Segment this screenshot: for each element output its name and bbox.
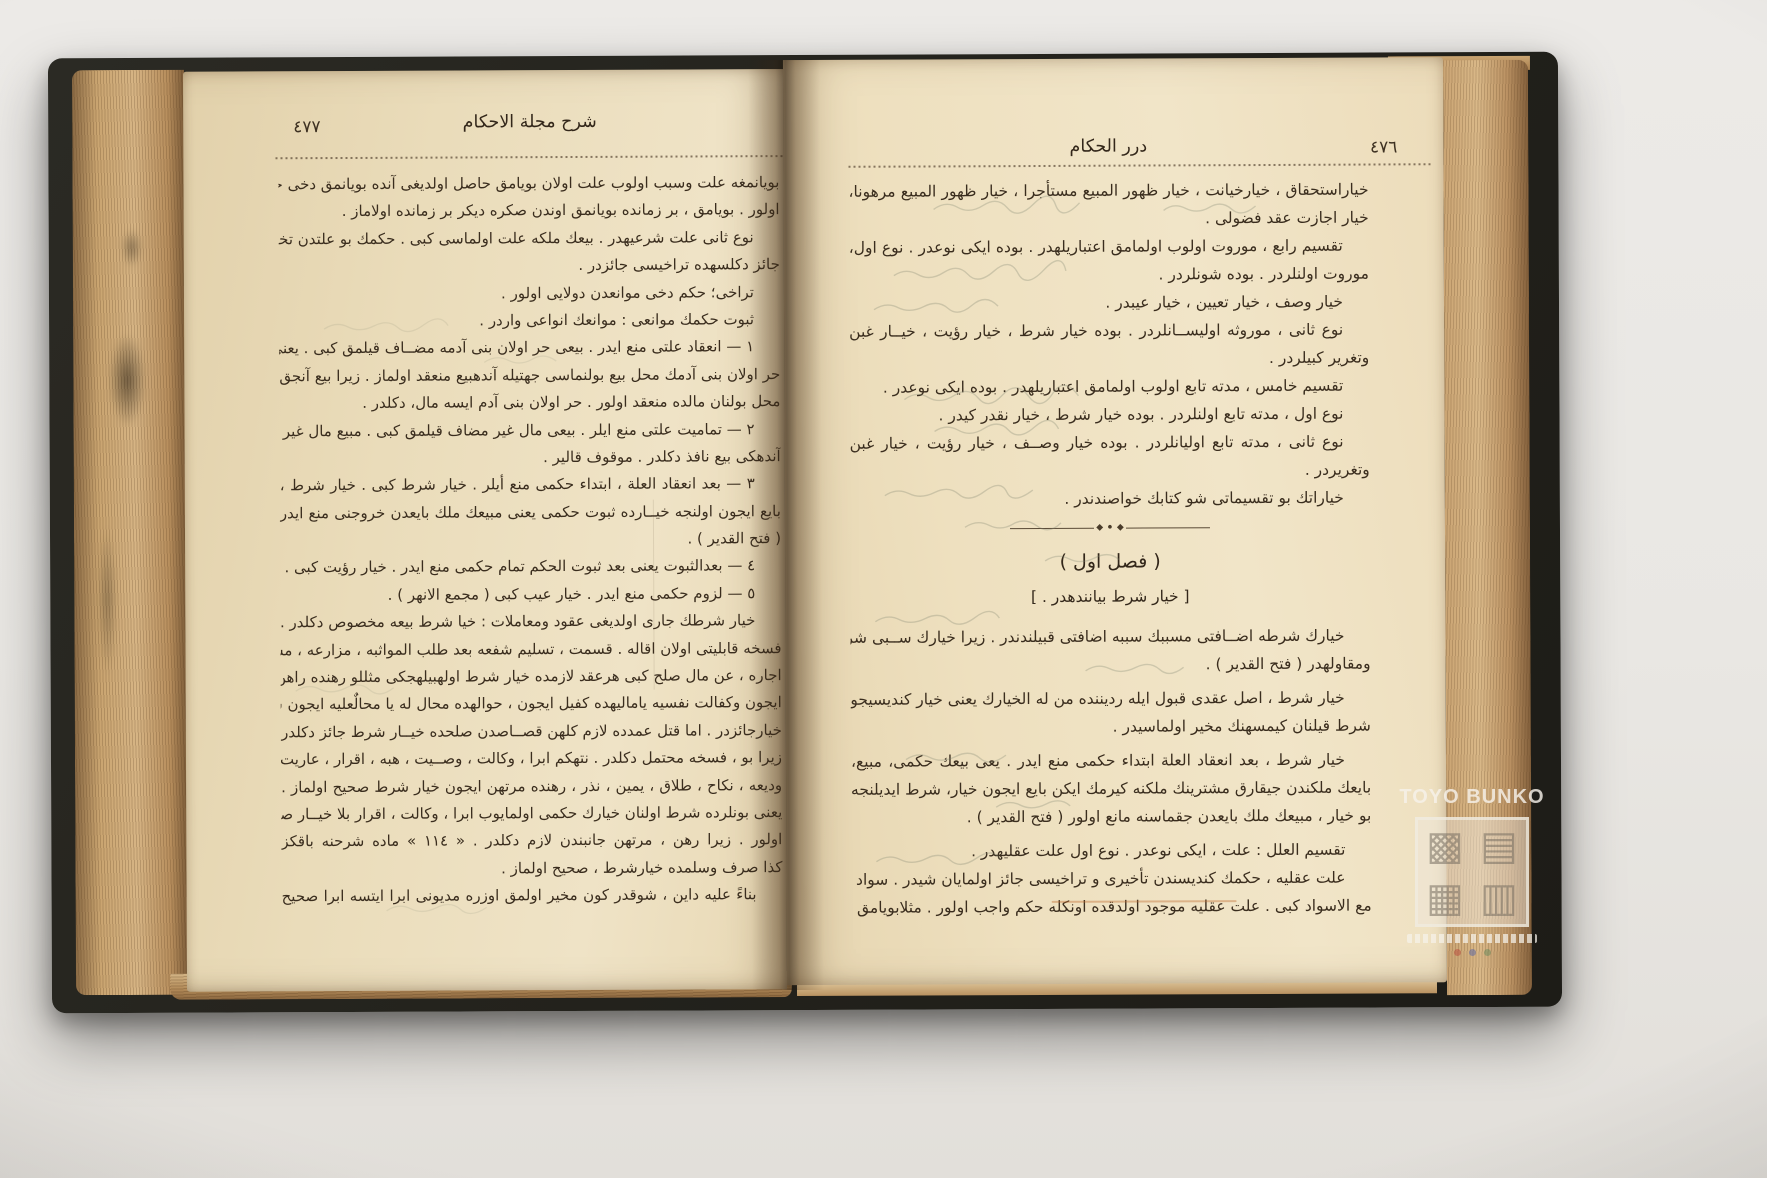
text-line: ومقاولهدر ( فتح القدير ) . bbox=[851, 650, 1371, 680]
section-subheading: [ خيار شرط بيانندهدر . ] bbox=[850, 580, 1370, 618]
right-page: ٤٧٦ درر الحكام خياراستحقاق ، خيارخيانت ،… bbox=[783, 57, 1447, 985]
edge-stain bbox=[117, 220, 147, 276]
right-page-text: خياراستحقاق ، خيارخيانت ، خيار ظهور المب… bbox=[848, 176, 1371, 922]
watermark-color-marks bbox=[1386, 949, 1558, 956]
text-line: ٣ — بعد انعقاد العلة ، ابتداء حكمى منع أ… bbox=[280, 470, 781, 500]
text-line: موروت اولنلردر . بوده شونلردر . bbox=[849, 260, 1369, 290]
text-line: نوع ثانى ، موروثه اوليســانلردر . بوده خ… bbox=[849, 316, 1369, 346]
text-line: خيار اجازت عقد فضولى . bbox=[849, 204, 1369, 234]
text-line: ٤ — بعدالثبوت يعنى بعد ثبوت الحكم تمام ح… bbox=[280, 553, 781, 583]
header-rule bbox=[848, 163, 1433, 168]
text-line: فسخه قابليتى اولان اقاله . قسمت ، تسليم … bbox=[280, 635, 781, 665]
text-line: بو خيار ، مبيعك ملك بايعدن جقماسنه مانع … bbox=[851, 802, 1371, 832]
text-line: خيار شرط ، اصل عقدى قبول ايله ردينندە من… bbox=[851, 684, 1371, 714]
text-line: خياراتك بو تقسيماتى شو كتابك خواصندندر . bbox=[850, 484, 1370, 514]
text-line: آندهكى بيع نافذ دكلدر . موقوف قالير . bbox=[280, 443, 781, 473]
open-book: ٤٧٧ شرح مجلة الاحكام بويانمغه علت وسبب ا… bbox=[48, 52, 1562, 1014]
toyo-bunko-seal-icon: ▩▤▦▥ bbox=[1415, 817, 1529, 927]
text-line: خيار شرط ، بعد انعقاد العلة ابتداء حكمى … bbox=[851, 746, 1371, 776]
right-page-header-title: درر الحكام bbox=[848, 136, 1368, 158]
text-line: مع الاسواد كبى . علت عقليه موجود اولدقده… bbox=[852, 892, 1372, 922]
text-line: تراخى؛ حكم دخى موانعدن دولايى اولور . bbox=[279, 279, 780, 309]
right-page-number: ٤٧٦ bbox=[1370, 137, 1397, 157]
text-line: خيارك شرطه اضــافتى مسببك سببه اضافتى قب… bbox=[850, 622, 1370, 652]
section-heading: ( فصل اول ) bbox=[850, 542, 1370, 582]
text-line: وتغرير كبيلردر . bbox=[849, 344, 1369, 374]
text-line: ( فتح القدير ) . bbox=[280, 525, 781, 555]
text-line: يعنى بونلرده شرط اولنان خيارك حكمى اولما… bbox=[281, 799, 782, 829]
left-page-header-title: شرح مجلة الاحكام bbox=[278, 111, 781, 133]
book-photo: ٤٧٧ شرح مجلة الاحكام بويانمغه علت وسبب ا… bbox=[0, 0, 1767, 1178]
text-line: تقسيم رابع ، موروت اولوب اولمامق اعتباري… bbox=[849, 232, 1369, 262]
edge-stain bbox=[94, 500, 121, 700]
text-line: وتغريردر . bbox=[850, 456, 1370, 486]
text-line: علت عقليه ، حكمك كنديسندن تأخيرى و تراخي… bbox=[851, 864, 1371, 894]
text-line: اولور . بويامق ، بر زمانده بويانمق اوندن… bbox=[279, 196, 780, 226]
left-page-text: بويانمغه علت وسبب اولوب علت اولان بويامق… bbox=[278, 169, 782, 911]
header-rule bbox=[275, 155, 783, 159]
text-line: خيار شرطك جارى اولديغى عقود ومعاملات : خ… bbox=[280, 607, 781, 637]
text-line: ثبوت حكمك موانعى : موانعك انواعى واردر . bbox=[279, 306, 780, 336]
text-line: زيرا بو ، فسخه محتمل دكلدر . نتهكم ابرا … bbox=[281, 744, 782, 774]
text-line: اجاره ، عن مال صلح كبى هرعقد لازمده خيار… bbox=[281, 662, 782, 692]
text-line: تقسيم العلل : علت ، ايكى نوعدر . نوع اول… bbox=[851, 836, 1371, 866]
text-line: حر اولان بنى آدمك محل بيع بولنماسى جهتيل… bbox=[279, 361, 780, 391]
text-line: ٢ — تماميت علتى منع ايلر . بيعى مال غير … bbox=[279, 416, 780, 446]
toyo-bunko-watermark: TOYO BUNKO ▩▤▦▥ bbox=[1386, 786, 1558, 956]
ornament-divider: ◆•◆ bbox=[850, 512, 1370, 544]
text-line: خياراستحقاق ، خيارخيانت ، خيار ظهور المب… bbox=[848, 176, 1368, 206]
text-line: بايعك ملكندن جيقارق مشترينك ملكنه كيرمك … bbox=[851, 774, 1371, 804]
page-edges-left bbox=[72, 70, 188, 995]
edge-stain bbox=[101, 315, 154, 445]
text-line: جائز دكلسهده تراخيسى جائزدر . bbox=[279, 251, 780, 281]
text-line: محل بولنان مالده منعقد اولور . حر اولان … bbox=[279, 388, 780, 418]
text-line: اولور . زيرا رهن ، مرتهن جانبندن لازم دك… bbox=[281, 826, 782, 856]
text-line: نوع ثانى علت شرعيهدر . بيعك ملكه علت اول… bbox=[279, 224, 780, 254]
text-line: شرط قيلنان كيمسهنك مخير اولماسيدر . bbox=[851, 712, 1371, 742]
text-line: بويانمغه علت وسبب اولوب علت اولان بويامق… bbox=[278, 169, 779, 199]
text-line: خيارجائزدر . اما قتل عمدده لازم كلهن قصـ… bbox=[281, 717, 782, 747]
text-line: ايجون وكفالت نفسيه ياماليهده كفيل ايجون … bbox=[281, 690, 782, 720]
text-line: كذا صرف وسلمده خيارشرط ، صحيح اولماز . bbox=[281, 854, 782, 884]
text-line: ٥ — لزوم حكمى منع ايدر . خيار عيب كبى ( … bbox=[280, 580, 781, 610]
text-line: نوع ثانى ، مدته تابع اوليانلردر . بوده خ… bbox=[850, 428, 1370, 458]
toyo-bunko-label: TOYO BUNKO bbox=[1386, 786, 1558, 809]
text-line: نوع اول ، مدته تابع اولنلردر . بوده خيار… bbox=[849, 400, 1369, 430]
text-line: خيار وصف ، خيار تعيين ، خيار عيبدر . bbox=[849, 288, 1369, 318]
watermark-small-text bbox=[1407, 934, 1537, 943]
left-page: ٤٧٧ شرح مجلة الاحكام بويانمغه علت وسبب ا… bbox=[183, 69, 787, 992]
text-line: تقسيم خامس ، مدته تابع اولوب اولمامق اعت… bbox=[849, 372, 1369, 402]
text-line: ١ — انعقاد علتى منع ايدر . بيعى حر اولان… bbox=[279, 333, 780, 363]
text-line: بايع ايجون اولنجه خيــارده ثبوت حكمى يعن… bbox=[280, 498, 781, 528]
text-line: وديعه ، نكاح ، طلاق ، يمين ، نذر ، رهنده… bbox=[281, 772, 782, 802]
text-line: بناءً عليه داين ، شوقدر كون مخير اولمق ا… bbox=[282, 881, 783, 911]
